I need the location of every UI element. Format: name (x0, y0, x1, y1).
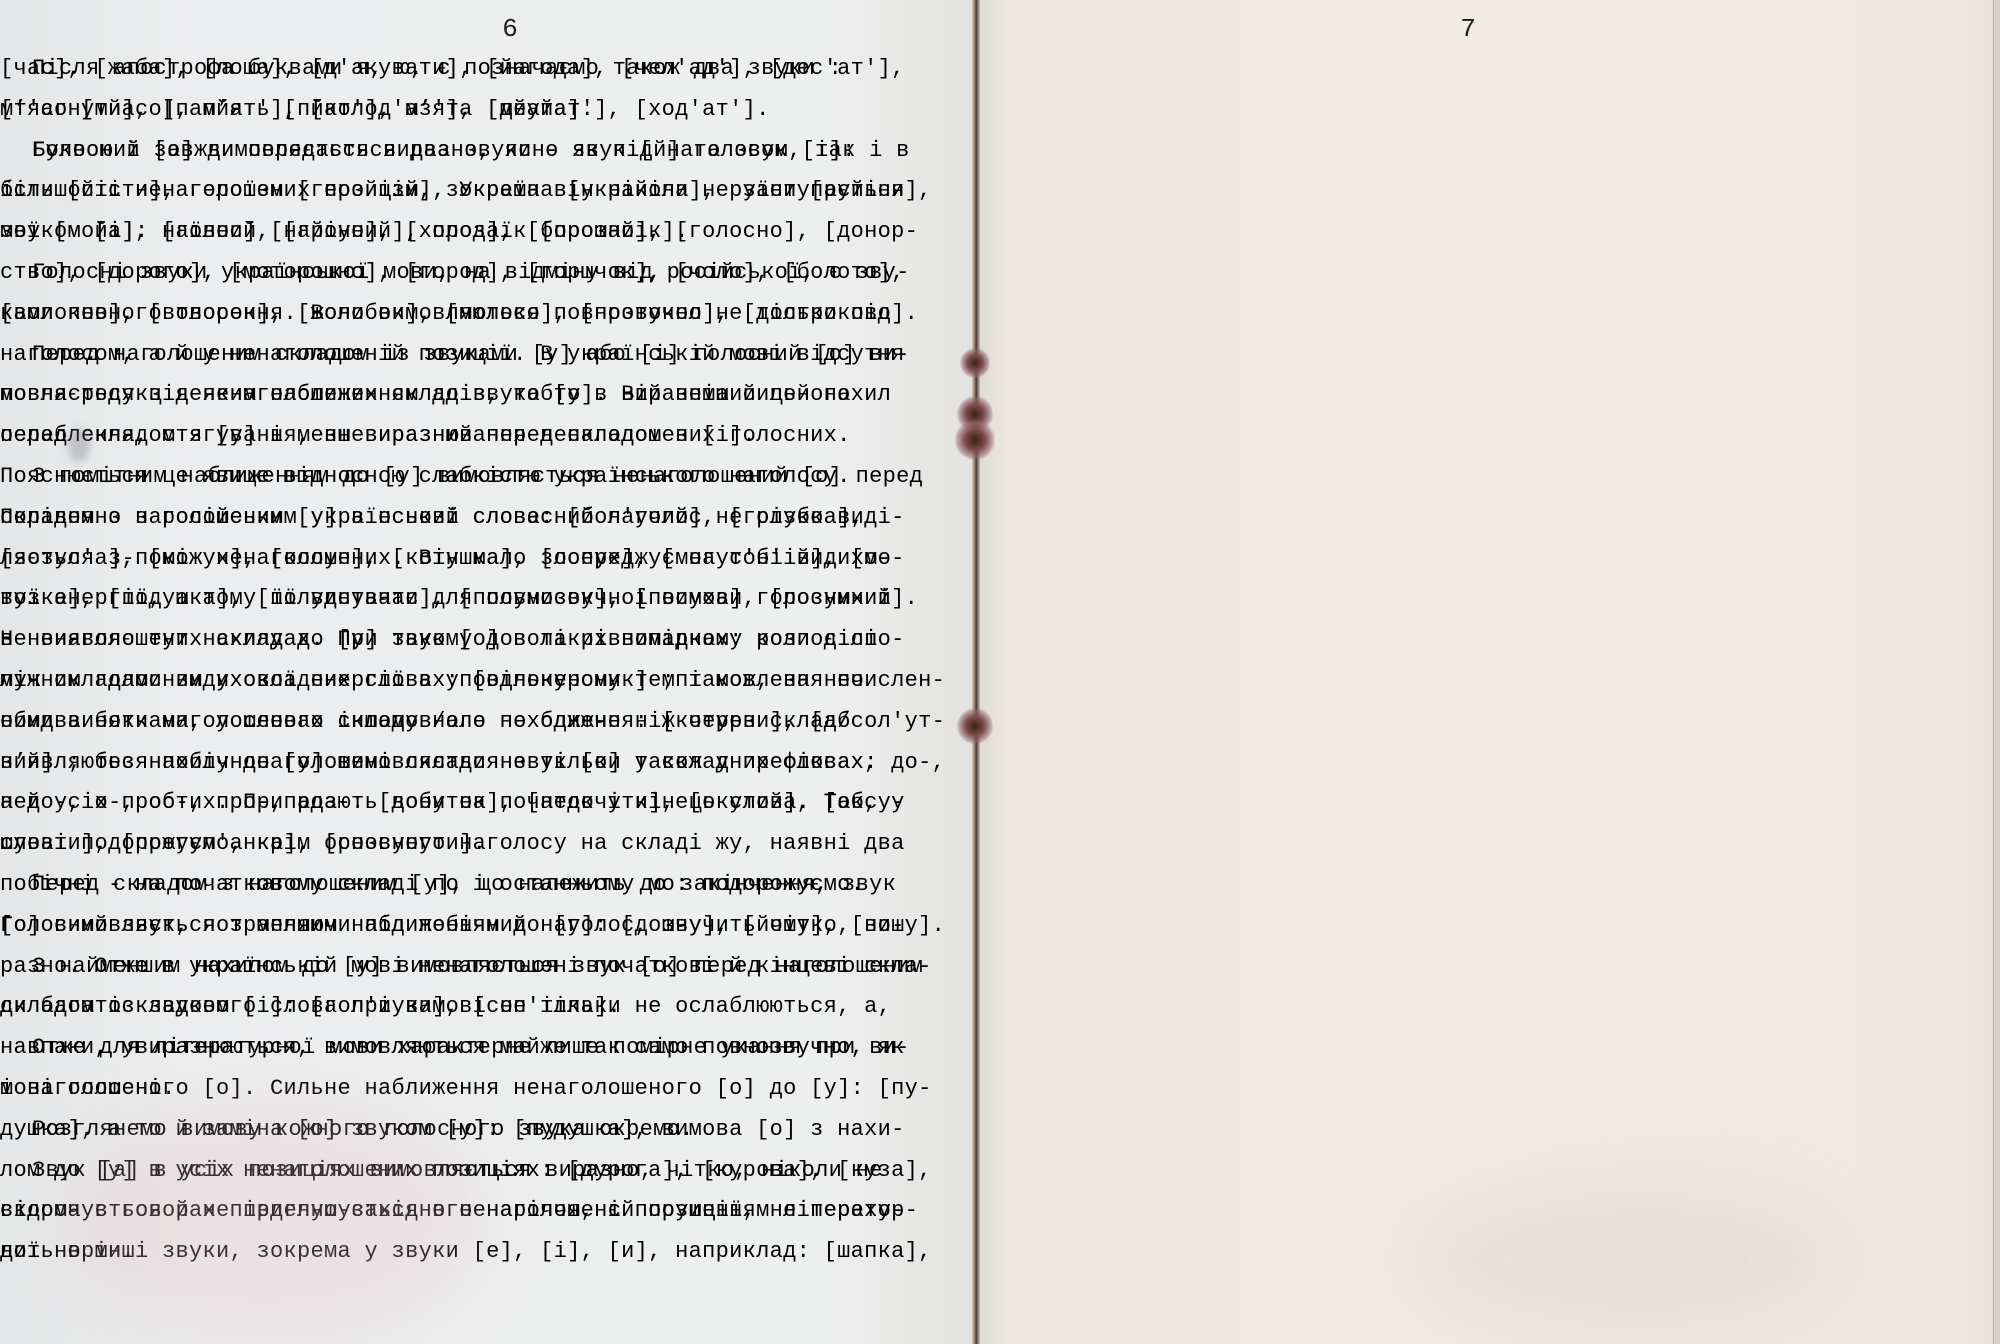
text-line: [т'агнути], [памйат'], [колод'аз'], [деу… (0, 90, 945, 131)
text-line: ної норми. (0, 1232, 945, 1273)
text-line: [волокно], [волосок], [жолобок], [молоко… (0, 294, 945, 335)
text-line: душка], а то й заміна [о] звуком [у]: [п… (0, 1110, 945, 1151)
staple-stain (960, 348, 990, 378)
text-line: мовляється з деяким наближенням до звука… (0, 375, 945, 416)
text-line: Перед складом з наголошеним [у], що нале… (0, 865, 945, 906)
text-line: шувати], [прогул'анка], [розсунути]. (0, 824, 945, 865)
text-line: З помітним наближенням до [у] вимовляєть… (0, 457, 945, 498)
page-number-right: 7 (1448, 14, 1488, 44)
page-number-left: 6 (490, 14, 530, 44)
text-line: Голосний [о] вимовляється виразно, ясно … (0, 131, 945, 172)
text-line: лучним голосним у складних словах: [одно… (0, 661, 945, 702)
text-line: Перед наголошеним складом із звуками [у]… (0, 335, 945, 376)
book-spread: 6 7 Після апострофа буквами я, ю, є позн… (0, 0, 2000, 1344)
text-line: ний] ; без нахилу до [у] вимовляється зв… (0, 743, 945, 784)
text-line: лом до [у] в усіх ненаголошених позиціях… (0, 1151, 945, 1192)
text-line: складом із звуком [і]: [гол'іука], [соп'… (0, 987, 945, 1028)
text-line: [о] вимовляється з меншим наближенням до… (0, 906, 945, 947)
right-page: 7 (975, 0, 2000, 1344)
text-line: складом з наголошеним [у] в основі слова… (0, 498, 945, 539)
text-line: перед складом з [у] і менш виразний пере… (0, 416, 945, 457)
right-page-text: [час], [жаба], [лоша], [д'акувати], [йаг… (0, 49, 945, 1273)
text-line: З найменшим нахилом до [у] вимовляється … (0, 947, 945, 988)
page-edge (1993, 0, 2000, 1344)
text-line: відома в говорах південно-західного нарі… (0, 1191, 945, 1232)
text-line: Не виявляє тут нахилу до [у] звук [о] в … (0, 620, 945, 661)
staple-stain (957, 708, 993, 744)
text-line: [час], [жаба], [лоша], [д'акувати], [йаг… (0, 49, 945, 90)
staple-stain (955, 420, 995, 460)
text-line: Отже для літературної мови характерне ли… (0, 1028, 945, 1069)
book-spine (972, 0, 980, 1344)
text-line: недо-, о-, об-, про-, роз-: [добуток], [… (0, 783, 945, 824)
text-line: [зозул'а], [кожух], [колун], [котушка], … (0, 539, 945, 580)
text-line: більшості ненаголошених позицій, зокрема… (0, 171, 945, 212)
text-line: ними винятками, у словах іншомовного пох… (0, 702, 945, 743)
text-line: звуком [а]: [голос], [гроно], [холод], [… (0, 212, 945, 253)
text-line: тузка], [подушка], [полуднувати], [полум… (0, 579, 945, 620)
text-line: мові голосного [о]. Сильне наближення не… (0, 1069, 945, 1110)
text-line: ство], [дорого], [моторошно], [город], [… (0, 253, 945, 294)
